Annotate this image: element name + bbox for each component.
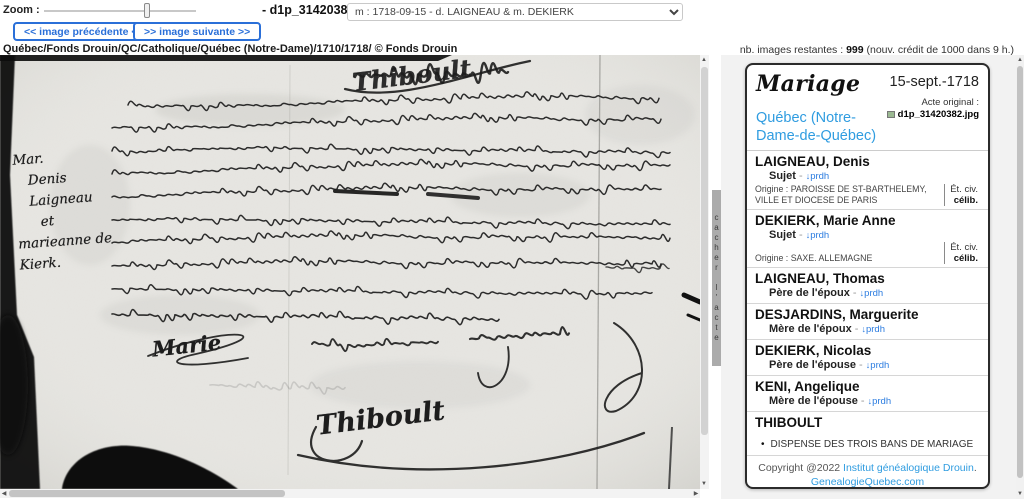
prdh-link-wrap: - ↓prdh <box>852 323 885 335</box>
person-name: LAIGNEAU, Thomas <box>755 271 980 287</box>
prdh-link[interactable]: prdh <box>810 171 829 182</box>
dash-separator: - <box>858 395 868 407</box>
hide-act-toggle[interactable]: cacher l'acte <box>712 190 721 366</box>
page-vertical-scrollbar-thumb[interactable] <box>1017 66 1023 478</box>
dash-separator: - <box>796 229 806 241</box>
person-role-line: Père de l'époux - ↓prdh <box>769 287 980 300</box>
image-icon <box>887 111 895 118</box>
genealogy-quebec-app: Zoom : - d1p_31420382.jpg m : 1718-09-15… <box>0 0 1024 499</box>
card-footer: Copyright @2022 Institut généalogique Dr… <box>747 456 988 489</box>
record-note-text: DISPENSE DES TROIS BANS DE MARIAGE <box>771 439 974 450</box>
prdh-link-wrap: - ↓prdh <box>858 395 891 407</box>
person-list: LAIGNEAU, Denis Sujet - ↓prdh Origine : … <box>747 150 988 434</box>
person-role-line: Mère de l'époux - ↓prdh <box>769 323 980 336</box>
prdh-link[interactable]: prdh <box>872 396 891 407</box>
civil-status-block: Ét. civ. célib. <box>944 184 978 206</box>
person-role-line: Père de l'épouse - ↓prdh <box>769 359 980 372</box>
images-remaining-status: nb. images restantes : 999 (nouv. crédit… <box>740 44 1014 56</box>
person-role: Père de l'époux <box>769 287 850 299</box>
civil-status-value: célib. <box>954 253 978 264</box>
person-name: KENI, Angelique <box>755 379 980 395</box>
record-card-header: Mariage 15-sept.-1718 Acte original : Qu… <box>747 65 988 150</box>
civil-status-block: Ét. civ. célib. <box>944 242 978 264</box>
credits-count: 999 <box>846 44 864 56</box>
person-name: THIBOULT <box>755 415 980 431</box>
prdh-link-wrap: - ↓prdh <box>796 229 829 241</box>
person-role: Mère de l'époux <box>769 323 852 335</box>
original-image-filename: d1p_31420382.jpg <box>898 109 979 120</box>
margin-note: Mar. Denis Laigneau et marieanne de Kier… <box>12 143 126 276</box>
zoom-slider-thumb[interactable] <box>144 3 150 18</box>
dash-separator: - <box>796 170 806 182</box>
original-act-label: Acte original : <box>756 97 979 108</box>
person-role: Sujet <box>769 170 796 182</box>
person-name: DEKIERK, Nicolas <box>755 343 980 359</box>
scroll-down-icon[interactable]: ▼ <box>700 480 708 488</box>
prdh-link-wrap: - ↓prdh <box>856 359 889 371</box>
record-type-title: Mariage <box>756 72 860 96</box>
person-name: LAIGNEAU, Denis <box>755 154 980 170</box>
record-select[interactable]: m : 1718-09-15 - d. LAIGNEAU & m. DEKIER… <box>347 3 683 21</box>
document-horizontal-scrollbar-thumb[interactable] <box>9 490 285 497</box>
person-origin: Origine : PAROISSE DE ST-BARTHELEMY, VIL… <box>755 183 944 206</box>
zoom-slider[interactable] <box>44 10 196 12</box>
document-viewport[interactable]: Mar. Denis Laigneau et marieanne de Kier… <box>0 55 700 489</box>
document-horizontal-scrollbar[interactable]: ◀ ▶ <box>0 489 700 498</box>
copyright-prefix: Copyright @2022 <box>758 462 843 474</box>
person-row: LAIGNEAU, Denis Sujet - ↓prdh Origine : … <box>747 151 988 210</box>
credits-prefix: nb. images restantes : <box>740 44 846 56</box>
person-role-line: Sujet - ↓prdh <box>769 229 980 242</box>
document-vertical-scrollbar-thumb[interactable] <box>701 67 708 435</box>
scroll-down-icon[interactable]: ▼ <box>1016 490 1024 498</box>
dash-separator: - <box>850 287 860 299</box>
prdh-link[interactable]: prdh <box>870 360 889 371</box>
parish-link[interactable]: Québec (Notre-Dame-de-Québec) <box>756 109 886 145</box>
prdh-link[interactable]: prdh <box>864 288 883 299</box>
record-date: 15-sept.-1718 <box>890 72 979 92</box>
scroll-right-icon[interactable]: ▶ <box>692 490 700 498</box>
person-row: DESJARDINS, Marguerite Mère de l'époux -… <box>747 304 988 340</box>
prdh-link-wrap: - ↓prdh <box>850 287 883 299</box>
person-row: THIBOULT <box>747 412 988 434</box>
next-image-button[interactable]: >> image suivante >> <box>133 22 261 41</box>
person-role: Mère de l'épouse <box>769 395 858 407</box>
civil-status-value: célib. <box>954 195 978 206</box>
genealogiequebec-link[interactable]: GenealogieQuebec.com <box>811 476 924 488</box>
person-row: KENI, Angelique Mère de l'épouse - ↓prdh <box>747 376 988 412</box>
prdh-link[interactable]: prdh <box>866 324 885 335</box>
institut-drouin-link[interactable]: Institut généalogique Drouin <box>843 462 974 474</box>
zoom-label: Zoom : <box>3 4 40 16</box>
record-panel: Mariage 15-sept.-1718 Acte original : Qu… <box>721 55 1016 499</box>
dash-separator: - <box>856 359 866 371</box>
person-row: DEKIERK, Nicolas Père de l'épouse - ↓prd… <box>747 340 988 376</box>
civil-status-label: Ét. civ. <box>950 242 978 253</box>
original-image-link[interactable]: d1p_31420382.jpg <box>887 109 979 120</box>
copyright-suffix: . <box>974 462 977 474</box>
person-row: LAIGNEAU, Thomas Père de l'époux - ↓prdh <box>747 268 988 304</box>
civil-status-label: Ét. civ. <box>950 184 978 195</box>
bullet-icon: • <box>761 439 765 450</box>
breadcrumb: Québec/Fonds Drouin/QC/Catholique/Québec… <box>3 43 457 55</box>
person-role-line: Mère de l'épouse - ↓prdh <box>769 395 980 408</box>
prdh-link-wrap: - ↓prdh <box>796 170 829 182</box>
person-row: DEKIERK, Marie Anne Sujet - ↓prdh Origin… <box>747 210 988 268</box>
prdh-link[interactable]: prdh <box>810 230 829 241</box>
person-role-line: Sujet - ↓prdh <box>769 170 980 183</box>
person-role: Père de l'épouse <box>769 359 856 371</box>
person-details: Origine : PAROISSE DE ST-BARTHELEMY, VIL… <box>755 183 980 206</box>
person-details: Origine : SAXE. ALLEMAGNE Ét. civ. célib… <box>755 242 980 264</box>
credits-suffix: (nouv. crédit de 1000 dans 9 h.) <box>864 44 1014 56</box>
scroll-up-icon[interactable]: ▲ <box>700 56 708 64</box>
toolbar: Zoom : - d1p_31420382.jpg m : 1718-09-15… <box>0 0 1024 55</box>
margin-note-line: Denis Laigneau <box>27 164 121 212</box>
scroll-up-icon[interactable]: ▲ <box>1016 56 1024 64</box>
record-card: Mariage 15-sept.-1718 Acte original : Qu… <box>745 63 990 489</box>
scroll-left-icon[interactable]: ◀ <box>0 490 8 498</box>
person-role: Sujet <box>769 229 796 241</box>
person-name: DESJARDINS, Marguerite <box>755 307 980 323</box>
record-note: •DISPENSE DES TROIS BANS DE MARIAGE <box>747 434 988 456</box>
page-vertical-scrollbar[interactable]: ▲ ▼ <box>1016 55 1024 499</box>
document-vertical-scrollbar[interactable]: ▲ ▼ <box>700 55 709 489</box>
person-name: DEKIERK, Marie Anne <box>755 213 980 229</box>
person-origin: Origine : SAXE. ALLEMAGNE <box>755 252 944 264</box>
